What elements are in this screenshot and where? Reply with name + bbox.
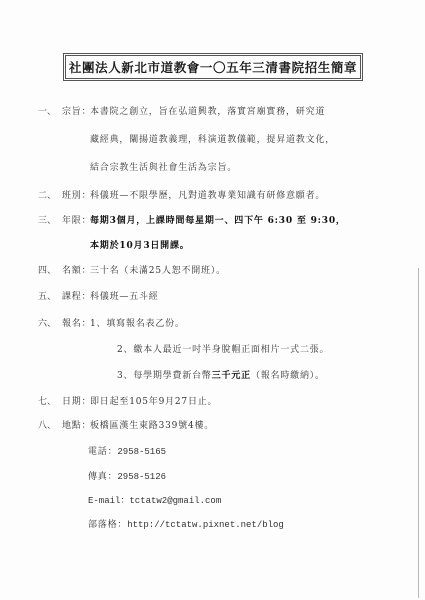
section-7-label: 日期： (62, 394, 91, 407)
fax-value: 2958-5126 (117, 472, 166, 482)
section-4-line-1: 三十名（未滿25人恕不開班）。 (90, 263, 226, 276)
section-1-label: 宗旨： (62, 104, 91, 117)
title-box: 社團法人新北市道教會一〇五年三清書院招生簡章 (63, 53, 363, 81)
section-6-label: 報名： (62, 316, 91, 329)
document-title: 社團法人新北市道教會一〇五年三清書院招生簡章 (69, 58, 357, 76)
section-8-label: 地點： (62, 418, 91, 431)
fee-amount: 三千元正 (212, 371, 251, 381)
section-6-line-3: 3、每學期學費新台幣三千元正（報名時繳納）。 (117, 368, 325, 381)
fax-label: 傳真： (88, 472, 117, 482)
section-1-line-2: 藏經典，闡揚道教義理，科演道教儀範，提昇道教文化， (90, 132, 335, 145)
section-2-label: 班別： (62, 188, 91, 201)
page-edge (418, 268, 419, 598)
section-3-label: 年限： (62, 213, 91, 226)
section-8-line-1: 板橋區漢生東路339號4樓。 (90, 418, 214, 431)
phone-label: 電話： (88, 447, 117, 457)
section-3-line-1: 每期3個月，上課時間每星期一、四下午 6:30 至 9:30， (90, 213, 346, 226)
section-7-number: 七、 (38, 394, 56, 407)
blog-url: http://tctatw.pixnet.net/blog (127, 520, 284, 530)
section-5-number: 五、 (38, 289, 56, 302)
section-6-number: 六、 (38, 316, 56, 329)
section-3-line-2: 本期於10月3日開課。 (90, 238, 190, 251)
section-2-line-1: 科儀班—不限學歷，凡對道教專業知識有研修意願者。 (90, 188, 325, 201)
blog-line: 部落格：http://tctatw.pixnet.net/blog (88, 517, 284, 530)
section-2-number: 二、 (38, 188, 56, 201)
section-5-label: 課程： (62, 289, 91, 302)
section-4-label: 名額： (62, 263, 91, 276)
email-line: E-mail：tctatw2@gmail.com (88, 493, 221, 506)
fee-text: 3、每學期學費新台幣 (117, 371, 212, 381)
email-label: E-mail： (88, 496, 129, 506)
section-1-line-1: 本書院之創立，旨在弘道興教，落實宮廟實務，研究道 (90, 104, 325, 117)
section-1-line-3: 結合宗教生活與社會生活為宗旨。 (90, 160, 237, 173)
phone-line: 電話：2958-5165 (88, 444, 166, 457)
section-6-line-1: 1、填寫報名表乙份。 (90, 316, 185, 329)
phone-value: 2958-5165 (117, 447, 166, 457)
section-5-line-1: 科儀班—五斗經 (90, 289, 159, 302)
email-value: tctatw2@gmail.com (129, 496, 221, 506)
blog-label: 部落格： (88, 520, 127, 530)
section-6-line-2: 2、繳本人最近一吋半身脫帽正面相片一式二張。 (117, 342, 329, 355)
section-4-number: 四、 (38, 263, 56, 276)
section-8-number: 八、 (38, 418, 56, 431)
section-3-number: 三、 (38, 213, 56, 226)
section-7-line-1: 即日起至105年9月27日止。 (90, 394, 217, 407)
fee-note: （報名時繳納）。 (251, 371, 325, 381)
section-1-number: 一、 (38, 104, 56, 117)
fax-line: 傳真：2958-5126 (88, 469, 166, 482)
